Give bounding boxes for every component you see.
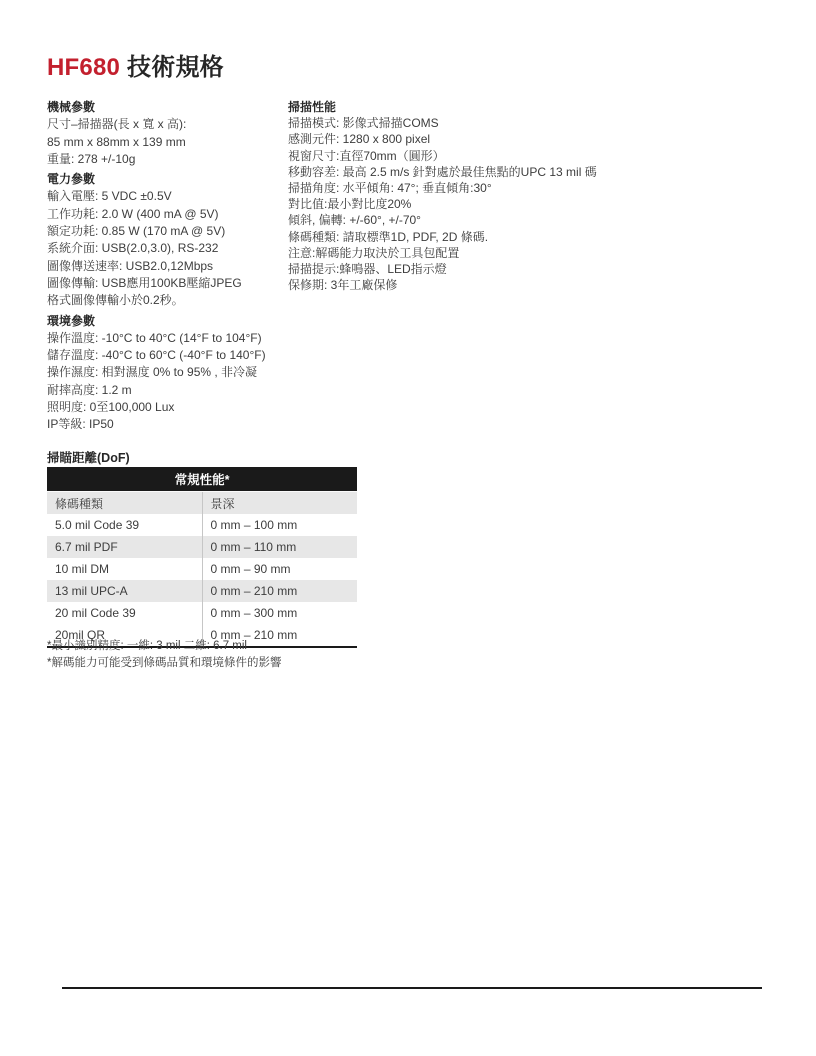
section-mechanical: 機械參數 尺寸–掃描器(長 x 寬 x 高): 85 mm x 88mm x 1…	[47, 99, 283, 168]
spec-line: 條碼種類: 請取標準1D, PDF, 2D 條碼.	[288, 229, 638, 245]
table-subheader-row: 條碼種類 景深	[47, 492, 357, 515]
spec-line: 格式圖像傳輸小於0.2秒。	[47, 292, 283, 309]
spec-line: 掃描角度: 水平傾角: 47°; 垂直傾角:30°	[288, 180, 638, 196]
footnote: *最小識別精度: 一維: 3 mil 二維: 6.7 mil	[47, 638, 281, 655]
right-spec-column: 掃描性能 掃描模式: 影像式掃描COMS 感測元件: 1280 x 800 pi…	[288, 99, 638, 293]
product-model: HF680	[47, 54, 120, 81]
cell-depth: 0 mm – 300 mm	[202, 602, 357, 624]
dof-section-title: 掃瞄距離(DoF)	[47, 448, 130, 466]
spec-line: 操作溫度: -10°C to 40°C (14°F to 104°F)	[47, 330, 283, 347]
table-row: 20 mil Code 39 0 mm – 300 mm	[47, 602, 357, 624]
cell-depth: 0 mm – 110 mm	[202, 536, 357, 558]
footnote: *解碼能力可能受到條碼品質和環境條件的影響	[47, 655, 281, 672]
spec-line: 輸入電壓: 5 VDC ±0.5V	[47, 188, 283, 205]
spec-line: 對比值:最小對比度20%	[288, 196, 638, 212]
spec-line: 視窗尺寸:直徑70mm（圓形）	[288, 148, 638, 164]
spec-line: 額定功耗: 0.85 W (170 mA @ 5V)	[47, 223, 283, 240]
spec-line: 掃描模式: 影像式掃描COMS	[288, 115, 638, 131]
spec-line: 感測元件: 1280 x 800 pixel	[288, 131, 638, 147]
page-title-suffix: 技術規格	[127, 54, 224, 81]
cell-symbology: 10 mil DM	[47, 558, 202, 580]
footer-divider	[62, 987, 762, 989]
section-scan-performance: 掃描性能 掃描模式: 影像式掃描COMS 感測元件: 1280 x 800 pi…	[288, 99, 638, 293]
spec-line: 掃描提示:蜂鳴器、LED指示燈	[288, 261, 638, 277]
section-heading-environmental: 環境參數	[47, 313, 283, 330]
table-header-bar: 常規性能*	[47, 467, 357, 492]
cell-depth: 0 mm – 100 mm	[202, 514, 357, 536]
table-row: 10 mil DM 0 mm – 90 mm	[47, 558, 357, 580]
cell-symbology: 13 mil UPC-A	[47, 580, 202, 602]
cell-symbology: 5.0 mil Code 39	[47, 514, 202, 536]
spec-line: 圖像傳送速率: USB2.0,12Mbps	[47, 258, 283, 275]
section-electrical: 電力參數 輸入電壓: 5 VDC ±0.5V 工作功耗: 2.0 W (400 …	[47, 171, 283, 309]
spec-line: 尺寸–掃描器(長 x 寬 x 高):	[47, 116, 283, 133]
spec-line: 85 mm x 88mm x 139 mm	[47, 134, 283, 151]
spec-line: 儲存溫度: -40°C to 60°C (-40°F to 140°F)	[47, 347, 283, 364]
section-heading-mechanical: 機械參數	[47, 99, 283, 116]
spec-line: 系統介面: USB(2.0,3.0), RS-232	[47, 240, 283, 257]
table-header-row: 常規性能*	[47, 467, 357, 492]
spec-document-page: HF680技術規格 機械參數 尺寸–掃描器(長 x 寬 x 高): 85 mm …	[0, 0, 816, 1056]
spec-line: 重量: 278 +/-10g	[47, 151, 283, 168]
section-heading-scan-performance: 掃描性能	[288, 99, 638, 115]
spec-line: IP等級: IP50	[47, 416, 283, 433]
left-spec-column: 機械參數 尺寸–掃描器(長 x 寬 x 高): 85 mm x 88mm x 1…	[47, 99, 283, 434]
column-header-depth: 景深	[202, 492, 357, 515]
table-footnotes: *最小識別精度: 一維: 3 mil 二維: 6.7 mil *解碼能力可能受到…	[47, 638, 281, 672]
table-row: 6.7 mil PDF 0 mm – 110 mm	[47, 536, 357, 558]
dof-table: 常規性能* 條碼種類 景深 5.0 mil Code 39 0 mm – 100…	[47, 467, 357, 648]
spec-line: 傾斜, 偏轉: +/-60°, +/-70°	[288, 212, 638, 228]
spec-line: 保修期: 3年工廠保修	[288, 277, 638, 293]
cell-depth: 0 mm – 210 mm	[202, 580, 357, 602]
spec-line: 操作濕度: 相對濕度 0% to 95% , 非冷凝	[47, 364, 283, 381]
table-row: 5.0 mil Code 39 0 mm – 100 mm	[47, 514, 357, 536]
section-environmental: 環境參數 操作溫度: -10°C to 40°C (14°F to 104°F)…	[47, 313, 283, 434]
column-header-symbology: 條碼種類	[47, 492, 202, 515]
spec-line: 耐摔高度: 1.2 m	[47, 382, 283, 399]
cell-symbology: 20 mil Code 39	[47, 602, 202, 624]
spec-line: 照明度: 0至100,000 Lux	[47, 399, 283, 416]
spec-line: 注意:解碼能力取決於工具包配置	[288, 245, 638, 261]
spec-line: 移動容差: 最高 2.5 m/s 針對處於最佳焦點的UPC 13 mil 碼	[288, 164, 638, 180]
table-row: 13 mil UPC-A 0 mm – 210 mm	[47, 580, 357, 602]
spec-line: 圖像傳輸: USB應用100KB壓縮JPEG	[47, 275, 283, 292]
page-title: HF680技術規格	[47, 47, 224, 82]
cell-symbology: 6.7 mil PDF	[47, 536, 202, 558]
spec-line: 工作功耗: 2.0 W (400 mA @ 5V)	[47, 206, 283, 223]
section-heading-electrical: 電力參數	[47, 171, 283, 188]
cell-depth: 0 mm – 90 mm	[202, 558, 357, 580]
